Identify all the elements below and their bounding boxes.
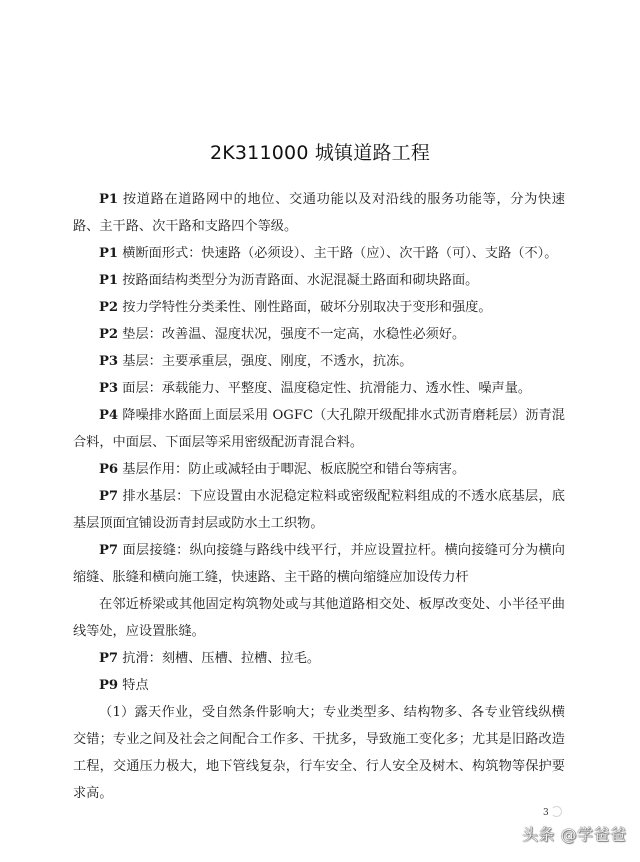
paragraph: （1）露天作业，受自然条件影响大；专业类型多、结构物多、各专业管线纵横交错；专业…	[73, 699, 565, 807]
document-body: P1 按道路在道路网中的地位、交通功能以及对沿线的服务功能等，分为快速路、主干路…	[73, 186, 565, 807]
page-ref: P2	[99, 300, 118, 315]
page-ref: P7	[99, 489, 118, 504]
paragraph: P3 基层：主要承重层，强度、刚度，不透水，抗冻。	[73, 348, 565, 375]
paragraph-text: 面层：承载能力、平整度、温度稳定性、抗滑能力、透水性、噪声量。	[118, 381, 531, 396]
page-ref: P1	[99, 273, 118, 288]
paragraph: P7 排水基层：下应设置由水泥稳定粒料或密级配粒料组成的不透水底基层，底基层顶面…	[73, 483, 565, 537]
page-number: 3	[543, 808, 549, 818]
paragraph-text: 排水基层：下应设置由水泥稳定粒料或密级配粒料组成的不透水底基层，底基层顶面宜铺设…	[73, 489, 565, 531]
paragraph-text: 降噪排水路面上面层采用 OGFC（大孔隙开级配排水式沥青磨耗层）沥青混合料，中面…	[73, 408, 565, 450]
page-ref: P1	[99, 192, 118, 207]
paragraph-text: 特点	[118, 678, 149, 693]
paragraph-text: 按力学特性分类柔性、刚性路面，破坏分别取决于变形和强度。	[118, 300, 491, 315]
paragraph-text: 按路面结构类型分为沥青路面、水泥混凝土路面和砌块路面。	[118, 273, 478, 288]
paragraph-text: 按道路在道路网中的地位、交通功能以及对沿线的服务功能等，分为快速路、主干路、次干…	[73, 192, 565, 234]
paragraph: P6 基层作用：防止或减轻由于唧泥、板底脱空和错台等病害。	[73, 456, 565, 483]
paragraph-text: 横断面形式：快速路（必须设）、主干路（应）、次干路（可）、支路（不）。	[118, 246, 557, 261]
paragraph: P1 按路面结构类型分为沥青路面、水泥混凝土路面和砌块路面。	[73, 267, 565, 294]
page-ref: P4	[99, 408, 118, 423]
page-ref: P9	[99, 678, 118, 693]
paragraph-text: 基层作用：防止或减轻由于唧泥、板底脱空和错台等病害。	[118, 462, 465, 477]
paragraph: P9 特点	[73, 672, 565, 699]
page-ref: P3	[99, 354, 118, 369]
paragraph-text: （1）露天作业，受自然条件影响大；专业类型多、结构物多、各专业管线纵横交错；专业…	[73, 705, 565, 801]
paragraph-text: 垫层：改善温、湿度状况，强度不一定高，水稳性必须好。	[118, 327, 465, 342]
paragraph-text: 基层：主要承重层，强度、刚度，不透水，抗冻。	[118, 354, 412, 369]
page-ref: P3	[99, 381, 118, 396]
paragraph: P2 按力学特性分类柔性、刚性路面，破坏分别取决于变形和强度。	[73, 294, 565, 321]
paragraph-text: 在邻近桥梁或其他固定构筑物处或与其他道路相交处、板厚改变处、小半径平曲线等处，应…	[73, 597, 565, 639]
page-ref: P2	[99, 327, 118, 342]
paragraph: P2 垫层：改善温、湿度状况，强度不一定高，水稳性必须好。	[73, 321, 565, 348]
paragraph: P7 面层接缝：纵向接缝与路线中线平行，并应设置拉杆。横向接缝可分为横向缩缝、胀…	[73, 537, 565, 591]
paragraph: 在邻近桥梁或其他固定构筑物处或与其他道路相交处、板厚改变处、小半径平曲线等处，应…	[73, 591, 565, 645]
page-ref: P7	[99, 543, 118, 558]
page-curl-icon	[551, 806, 562, 817]
page-ref: P6	[99, 462, 118, 477]
page-ref: P1	[99, 246, 118, 261]
paragraph: P7 抗滑：刻槽、压槽、拉槽、拉毛。	[73, 645, 565, 672]
paragraph: P4 降噪排水路面上面层采用 OGFC（大孔隙开级配排水式沥青磨耗层）沥青混合料…	[73, 402, 565, 456]
document-page: 2K311000 城镇道路工程 P1 按道路在道路网中的地位、交通功能以及对沿线…	[0, 0, 640, 862]
paragraph-text: 面层接缝：纵向接缝与路线中线平行，并应设置拉杆。横向接缝可分为横向缩缝、胀缝和横…	[73, 543, 565, 585]
paragraph: P1 横断面形式：快速路（必须设）、主干路（应）、次干路（可）、支路（不）。	[73, 240, 565, 267]
paragraph: P3 面层：承载能力、平整度、温度稳定性、抗滑能力、透水性、噪声量。	[73, 375, 565, 402]
watermark: 头条 @学爸爸	[522, 822, 627, 845]
page-ref: P7	[99, 651, 118, 666]
page-title: 2K311000 城镇道路工程	[0, 138, 640, 165]
paragraph: P1 按道路在道路网中的地位、交通功能以及对沿线的服务功能等，分为快速路、主干路…	[73, 186, 565, 240]
paragraph-text: 抗滑：刻槽、压槽、拉槽、拉毛。	[118, 651, 320, 666]
